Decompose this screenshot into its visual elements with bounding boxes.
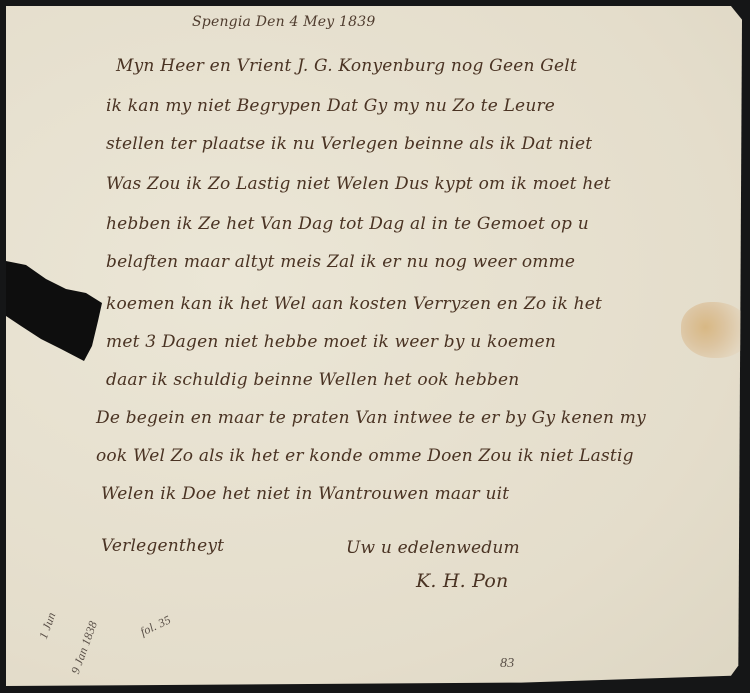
body-line: Was Zou ik Zo Lastig niet Welen Dus kypt… (106, 174, 611, 194)
body-line: stellen ter plaatse ik nu Verlegen beinn… (106, 134, 592, 154)
body-line: ook Wel Zo als ik het er konde omme Doen… (96, 446, 634, 466)
water-stain (681, 302, 750, 358)
archive-note: 9 Jan 1838 (68, 619, 101, 676)
body-line: ik kan my niet Begrypen Dat Gy my nu Zo … (106, 96, 555, 116)
archive-note: 1 Jun (36, 610, 59, 641)
body-line: Welen ik Doe het niet in Wantrouwen maar… (101, 484, 509, 504)
dateline: Spengia Den 4 Mey 1839 (192, 14, 375, 30)
body-line: belaften maar altyt meis Zal ik er nu no… (106, 252, 575, 272)
body-line: met 3 Dagen niet hebbe moet ik weer by u… (106, 332, 556, 352)
body-line: hebben ik Ze het Van Dag tot Dag al in t… (106, 214, 589, 234)
body-line: daar ik schuldig beinne Wellen het ook h… (106, 370, 519, 390)
letter-page: Spengia Den 4 Mey 1839 Myn Heer en Vrien… (6, 6, 742, 686)
body-line: Verlegentheyt (101, 536, 224, 556)
signature: K. H. Pon (416, 570, 508, 592)
body-line: De begein en maar te praten Van intwee t… (96, 408, 646, 428)
body-line: koemen kan ik het Wel aan kosten Verryze… (106, 294, 602, 314)
body-line: Myn Heer en Vrient J. G. Konyenburg nog … (116, 56, 577, 76)
closing-salutation: Uw u edelenwedum (346, 538, 520, 558)
folio-note: fol. 35 (138, 612, 173, 639)
torn-hole (6, 261, 106, 361)
page-number: 83 (500, 656, 514, 672)
